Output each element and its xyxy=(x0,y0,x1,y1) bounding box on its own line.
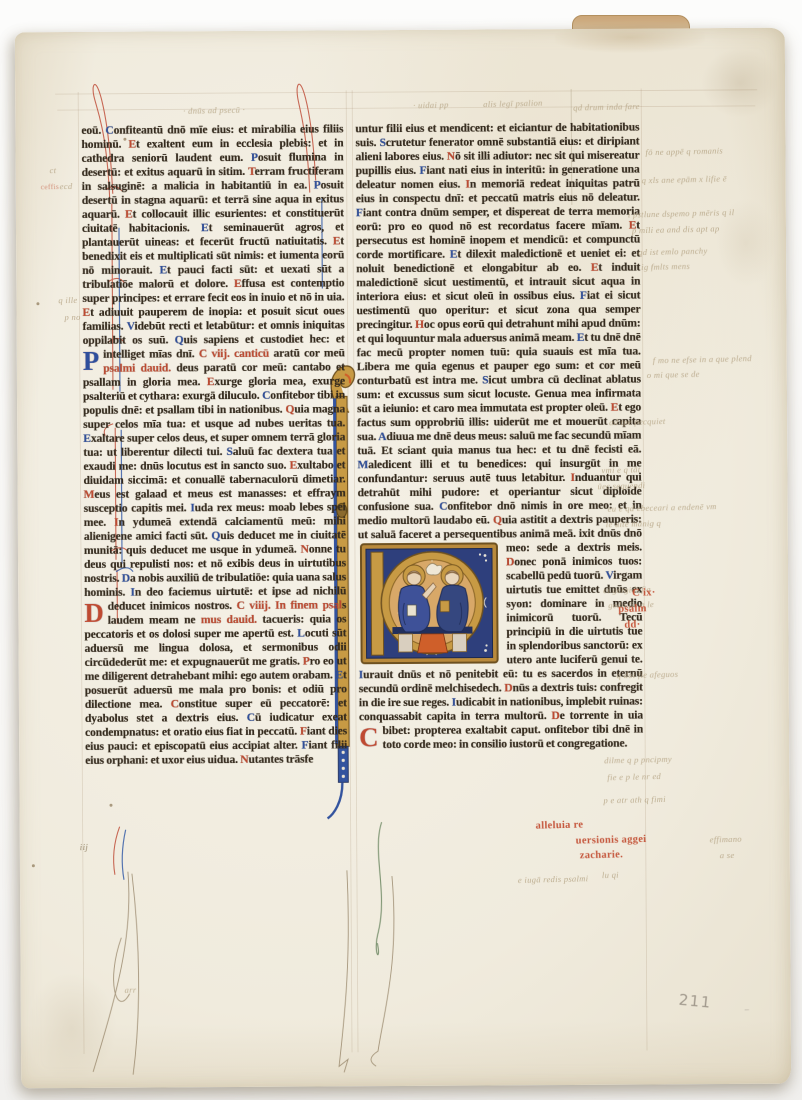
rubric-text: psalmi dauid. xyxy=(103,361,176,374)
versal-initial: E xyxy=(201,221,209,234)
marginal-annotation: o mi que se de xyxy=(647,369,700,380)
versal-initial: E xyxy=(577,331,585,344)
rubric-text: C viiij. In finem psal xyxy=(236,598,341,612)
marginal-annotation: qd drum inda fare xyxy=(573,101,640,113)
body-text: eoū. xyxy=(81,124,105,137)
body-text: diuua me dnē deus meus: saluū me fac sec… xyxy=(357,429,641,458)
stain-right xyxy=(716,198,777,288)
marginal-annotation: · dnūs ad psecū · xyxy=(183,104,245,115)
marginal-annotation: ecd xyxy=(60,181,73,191)
manuscript-leaf: eoū. Confiteantū dnō mīe eius: et mirabi… xyxy=(15,28,791,1089)
versal-initial: C xyxy=(247,711,255,724)
body-text: aratū cor meū xyxy=(273,346,344,359)
stain-bottom-left xyxy=(27,972,118,1083)
versal-initial: P xyxy=(83,348,104,374)
historiated-initial-D xyxy=(360,542,499,664)
versal-initial: D xyxy=(551,709,559,722)
body-text: utantes trāsfe xyxy=(248,753,313,766)
versal-initial: C xyxy=(359,724,383,750)
versal-initial: Q xyxy=(175,333,184,346)
versal-initial: D xyxy=(504,681,512,694)
versal-initial: Q xyxy=(285,403,294,416)
marginal-annotation: alis legī psalion xyxy=(483,98,543,109)
versal-initial: V xyxy=(605,569,613,582)
versal-initial: C xyxy=(171,697,179,710)
marginal-annotation: p no xyxy=(64,312,80,322)
marginal-annotation: i pstlune dspemo p mēris q il xyxy=(628,207,735,220)
photograph-background: eoū. Confiteantū dnō mīe eius: et mirabi… xyxy=(0,0,802,1100)
rubric-text: C viij. canticū xyxy=(199,347,274,360)
marginal-annotation: ceffis xyxy=(41,182,60,191)
marginal-annotation: q xls ane epām x lifie ē xyxy=(642,173,727,185)
marginal-annotation: ct xyxy=(50,165,57,175)
marginal-annotation: arr xyxy=(125,985,137,995)
stain-top-right xyxy=(701,48,779,118)
marginal-annotation: · uidai pp xyxy=(413,99,449,110)
marginal-annotation: effimano xyxy=(710,834,742,845)
marginal-annotation: e iugā redis psalmi xyxy=(518,873,589,885)
text-column-left: eoū. Confiteantū dnō mīe eius: et mirabi… xyxy=(81,122,348,874)
versal-initial: E xyxy=(125,208,133,221)
marginal-annotation: q ille xyxy=(58,295,77,305)
versal-initial: M xyxy=(357,458,368,471)
versal-initial: A xyxy=(378,430,386,443)
versal-initial: C xyxy=(439,500,447,513)
versal-initial: E xyxy=(159,263,167,276)
marginal-annotation: ig fmlts mens xyxy=(641,261,690,272)
marginal-annotation: p mīli ea and dis apt ap xyxy=(632,223,720,235)
versal-initial: E xyxy=(128,138,136,151)
foxing-speck xyxy=(36,302,39,305)
foxing-speck xyxy=(32,864,35,867)
versal-initial: Q xyxy=(493,513,502,526)
versal-initial: V xyxy=(127,320,135,333)
rubric-text: mus dauid. xyxy=(201,613,263,626)
marginal-annotation: fō ne appē q romanis xyxy=(645,145,723,157)
marginal-annotation: – xyxy=(745,1004,750,1014)
versal-initial: M xyxy=(84,488,95,501)
versal-initial: E xyxy=(290,459,298,472)
marginal-annotation: a se xyxy=(720,850,735,860)
marginal-annotation: qd ist emlo panchy xyxy=(638,246,708,258)
body-text: iant contra dnūm semper, et dispereat de… xyxy=(356,205,640,234)
text-column-right: untur filii eius et mendicent: et eician… xyxy=(355,121,644,873)
folio-number: 211 xyxy=(678,991,713,1012)
versal-initial: D xyxy=(122,572,130,585)
versal-initial: N xyxy=(300,543,308,556)
versal-initial: D xyxy=(84,600,108,626)
versal-initial: E xyxy=(83,432,91,445)
marginal-annotation: f mo ne efse in a que plend xyxy=(653,353,752,365)
versal-initial: N xyxy=(447,150,455,163)
body-text: irgam uirtutis tue emittet dnūs ex syon:… xyxy=(506,569,643,667)
versal-initial: E xyxy=(82,306,90,319)
marginal-annotation: lu qi xyxy=(602,870,619,880)
